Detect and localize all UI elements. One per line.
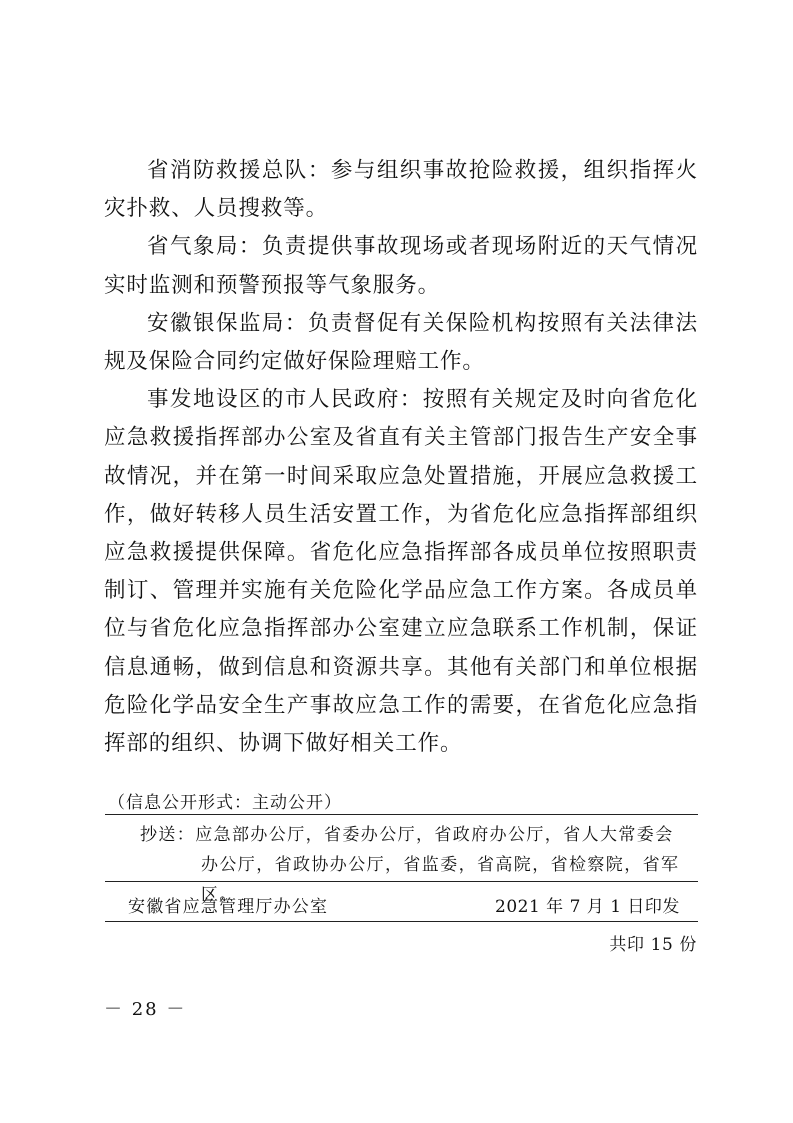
page-number: － 28 －	[104, 995, 186, 1021]
divider-bottom	[105, 921, 698, 922]
issuing-office: 安徽省应急管理厅办公室	[128, 892, 328, 917]
paragraph-city-government: 事发地设区的市人民政府：按照有关规定及时向省危化应急救援指挥部办公室及省直有关主…	[104, 381, 698, 763]
cc-line-1: 抄送：应急部办公厅，省委办公厅，省政府办公厅，省人大常委会	[140, 820, 700, 850]
document-page: 省消防救援总队：参与组织事故抢险救援，组织指挥火灾扑救、人员搜救等。 省气象局：…	[0, 0, 793, 1123]
paragraph-insurance-regulator: 安徽银保监局：负责督促有关保险机构按照有关法律法规及保险合同约定做好保险理赔工作…	[104, 305, 698, 381]
issue-date: 2021 年 7 月 1 日印发	[495, 892, 680, 917]
paragraph-meteorology: 省气象局：负责提供事故现场或者现场附近的天气情况实时监测和预警预报等气象服务。	[104, 228, 698, 304]
body-text: 省消防救援总队：参与组织事故抢险救援，组织指挥火灾扑救、人员搜救等。 省气象局：…	[104, 152, 698, 763]
paragraph-fire-rescue: 省消防救援总队：参与组织事故抢险救援，组织指挥火灾扑救、人员搜救等。	[104, 152, 698, 228]
copies-printed: 共印 15 份	[609, 930, 697, 955]
divider-top	[105, 814, 698, 815]
info-disclosure-form: （信息公开形式：主动公开）	[108, 788, 342, 813]
divider-middle	[105, 881, 698, 882]
